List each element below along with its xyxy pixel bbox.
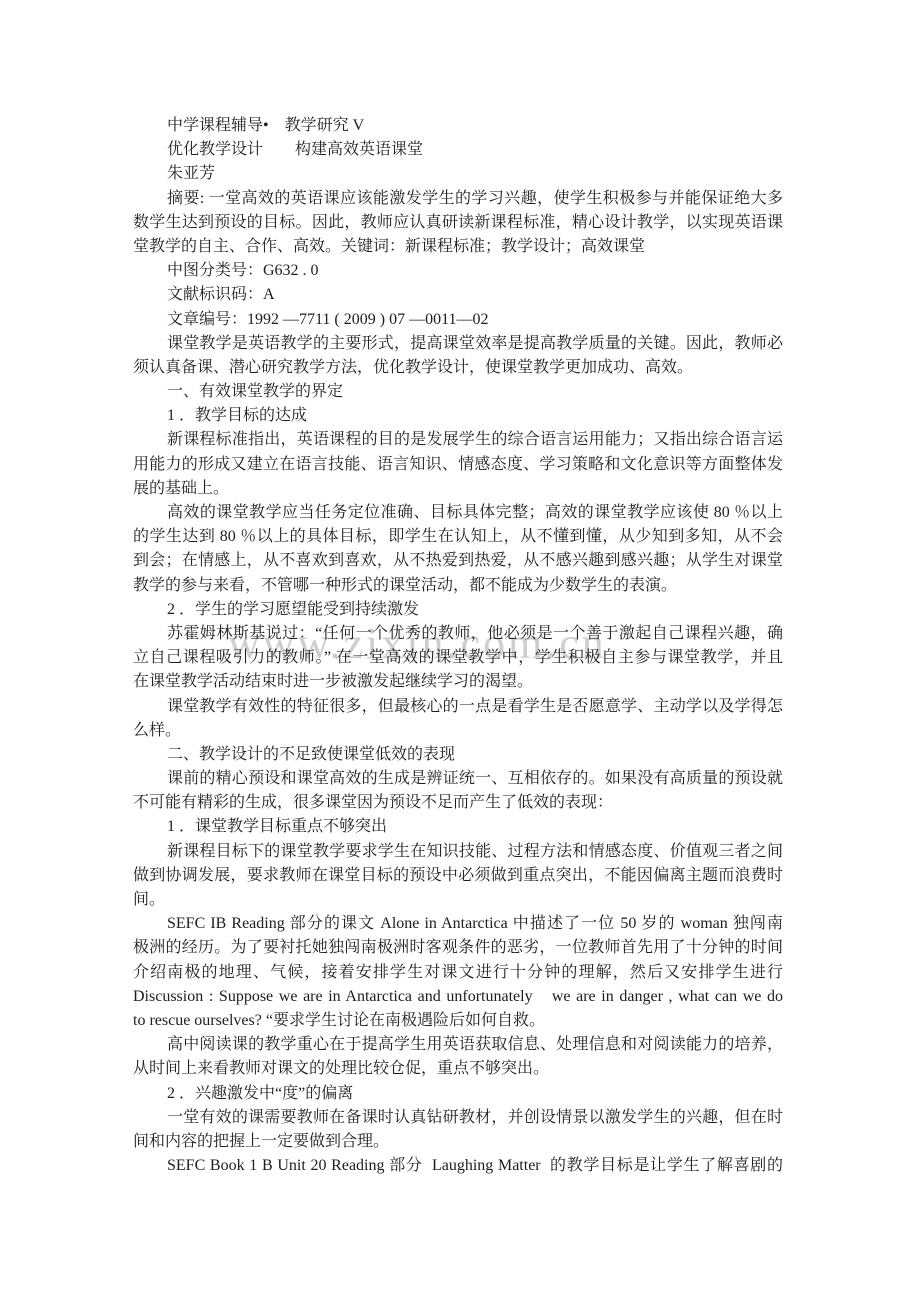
document-lines: 中学课程辅导• 教学研究 V优化教学设计 构建高效英语课堂朱亚芳摘要: 一堂高效… [133, 114, 783, 1178]
text-line: 展的基础上。 [133, 477, 783, 501]
text-line: 立自己课程吸引力的教师。” 在一堂高效的课堂教学中，学生积极自主参与课堂教学，并… [133, 646, 783, 670]
text-line: 摘要: 一堂高效的英语课应该能激发学生的学习兴趣，使学生积极参与并能保证绝大多 [133, 187, 783, 211]
text-line: 间和内容的把握上一定要做到合理。 [133, 1130, 783, 1154]
text-line: 高效的课堂教学应当任务定位准确、目标具体完整；高效的课堂教学应该使 80 ％以上 [133, 501, 783, 525]
text-line: 高中阅读课的教学重心在于提高学生用英语获取信息、处理信息和对阅读能力的培养， [133, 1033, 783, 1057]
text-line: 文献标识码：A [133, 283, 783, 307]
text-line: 新课程标准指出，英语课程的目的是发展学生的综合语言运用能力；又指出综合语言运 [133, 428, 783, 452]
text-line: 课堂教学是英语教学的主要形式，提高课堂效率是提高教学质量的关键。因此，教师必 [133, 332, 783, 356]
text-line: 文章编号：1992 —7711 ( 2009 ) 07 —0011—02 [133, 308, 783, 332]
text-line: 堂教学的自主、合作、高效。关键词：新课程标准；教学设计；高效课堂 [133, 235, 783, 259]
text-line: 从时间上来看教师对课文的处理比较仓促，重点不够突出。 [133, 1057, 783, 1081]
text-line: 教学的参与来看，不管哪一种形式的课堂活动，都不能成为少数学生的表演。 [133, 574, 783, 598]
text-line: 介绍南极的地理、气候，接着安排学生对课文进行十分钟的理解，然后又安排学生进行 [133, 961, 783, 985]
text-line: 中学课程辅导• 教学研究 V [133, 114, 783, 138]
text-line: 到会；在情感上，从不喜欢到喜欢，从不热爱到热爱，从不感兴趣到感兴趣；从学生对课堂 [133, 549, 783, 573]
text-line: 苏霍姆林斯基说过：“任何一个优秀的教师，他必须是一个善于激起自己课程兴趣，确 [133, 622, 783, 646]
text-line: 课前的精心预设和课堂高效的生成是辨证统一、互相依存的。如果没有高质量的预设就 [133, 767, 783, 791]
text-line: 2 ．学生的学习愿望能受到持续激发 [133, 598, 783, 622]
text-line: 的学生达到 80 ％以上的具体目标，即学生在认知上，从不懂到懂，从少知到多知，从… [133, 525, 783, 549]
text-line: SEFC Book 1 B Unit 20 Reading 部分 Laughin… [133, 1154, 783, 1178]
text-line: 优化教学设计 构建高效英语课堂 [133, 138, 783, 162]
text-line: 一堂有效的课需要教师在备课时认真钻研教材，并创设情景以激发学生的兴趣，但在时 [133, 1106, 783, 1130]
text-line: 2 ．兴趣激发中“度”的偏离 [133, 1082, 783, 1106]
text-line: 在课堂教学活动结束时进一步被激发起继续学习的渴望。 [133, 670, 783, 694]
text-line: 朱亚芳 [133, 162, 783, 186]
text-line: 极洲的经历。为了要衬托她独闯南极洲时客观条件的恶劣，一位教师首先用了十分钟的时间 [133, 936, 783, 960]
text-line: SEFC IB Reading 部分的课文 Alone in Antarctic… [133, 912, 783, 936]
text-line: 数学生达到预设的目标。因此，教师应认真研读新课程标准，精心设计教学，以实现英语课 [133, 211, 783, 235]
text-line: 做到协调发展，要求教师在课堂目标的预设中必须做到重点突出，不能因偏离主题而浪费时 [133, 864, 783, 888]
text-line: 一、有效课堂教学的界定 [133, 380, 783, 404]
text-line: 须认真备课、潜心研究教学方法，优化教学设计，使课堂教学更加成功、高效。 [133, 356, 783, 380]
text-line: 1 ．课堂教学目标重点不够突出 [133, 815, 783, 839]
text-line: 中图分类号：G632 . 0 [133, 259, 783, 283]
document-page: www.zixin.com.cn 中学课程辅导• 教学研究 V优化教学设计 构建… [0, 0, 920, 1302]
text-line: 么样。 [133, 719, 783, 743]
text-line: 新课程目标下的课堂教学要求学生在知识技能、过程方法和情感态度、价值观三者之间 [133, 840, 783, 864]
text-line: 课堂教学有效性的特征很多，但最核心的一点是看学生是否愿意学、主动学以及学得怎 [133, 695, 783, 719]
text-line: to rescue ourselves? “要求学生讨论在南极遇险后如何自救。 [133, 1009, 783, 1033]
text-line: 不可能有精彩的生成，很多课堂因为预设不足而产生了低效的表现： [133, 791, 783, 815]
text-line: 二、教学设计的不足致使课堂低效的表现 [133, 743, 783, 767]
text-line: Discussion : Suppose we are in Antarctic… [133, 985, 783, 1009]
text-line: 间。 [133, 888, 783, 912]
text-line: 用能力的形成又建立在语言技能、语言知识、情感态度、学习策略和文化意识等方面整体发 [133, 453, 783, 477]
text-line: 1 ．教学目标的达成 [133, 404, 783, 428]
